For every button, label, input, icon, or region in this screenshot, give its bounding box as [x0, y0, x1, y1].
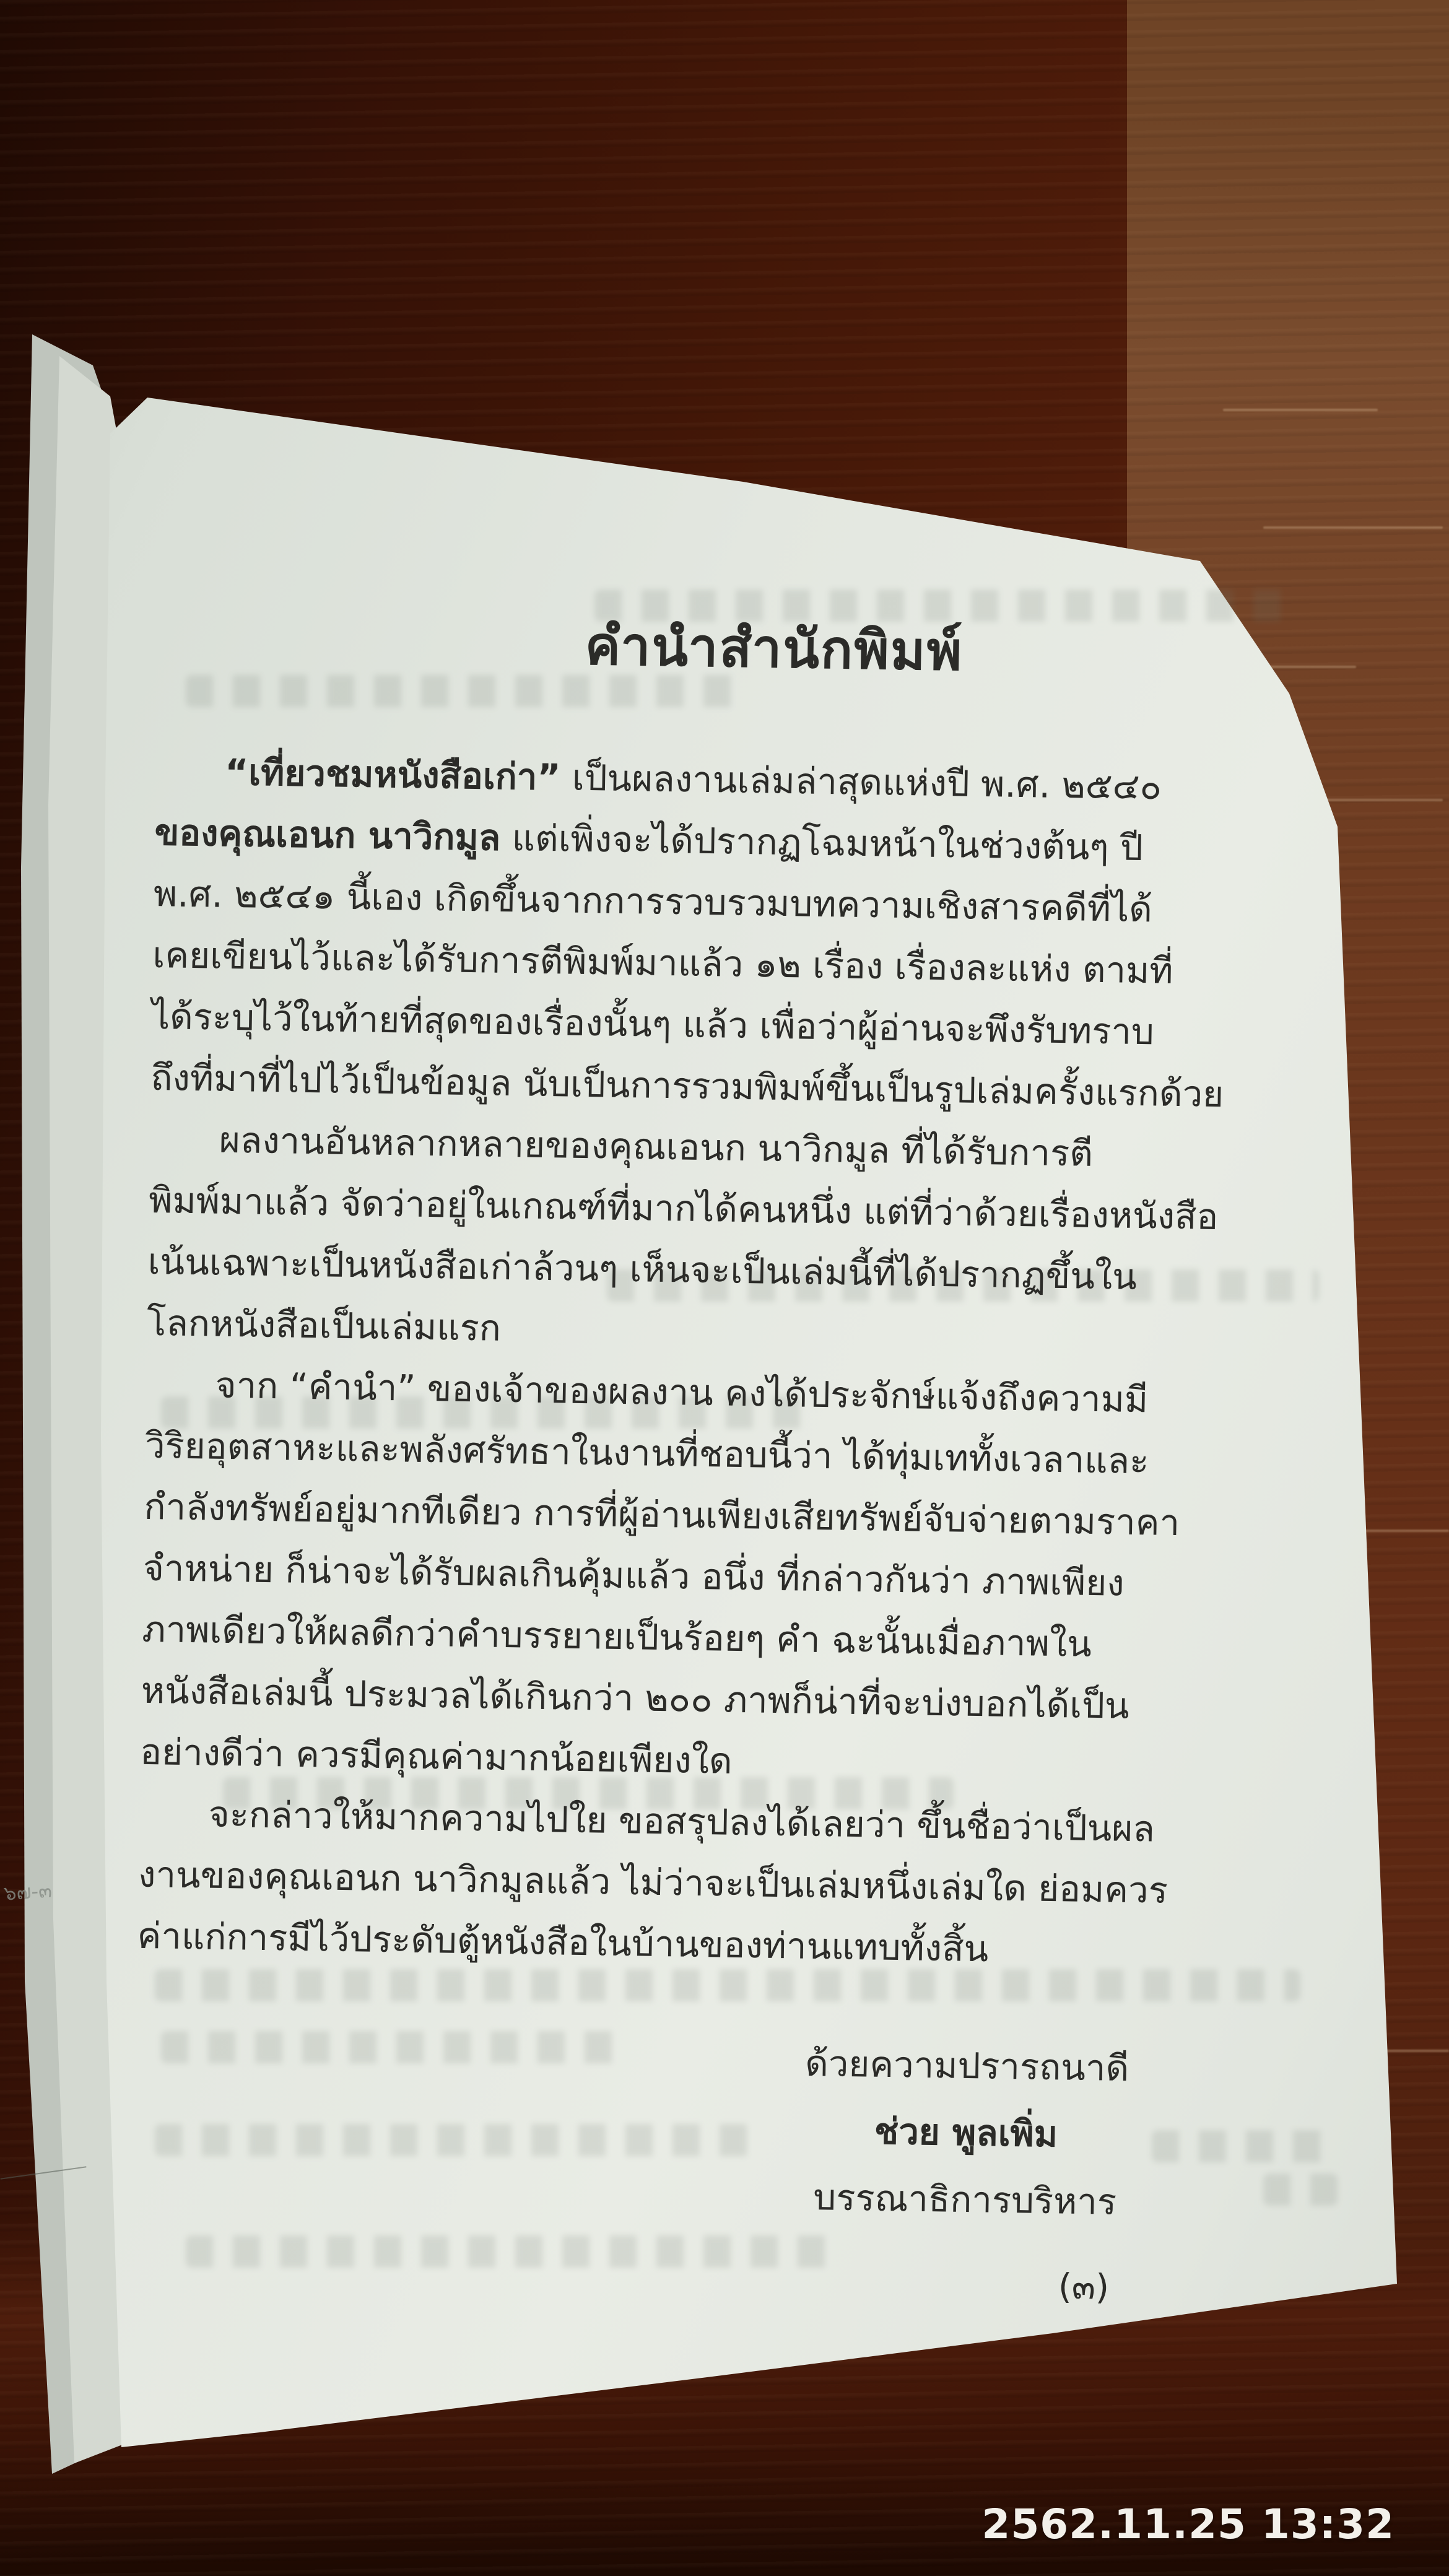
text-segment: พ.ศ. ๒๕๔๑ นี้เอง เกิดขึ้นจากการรวบรวมบทค…: [154, 872, 1153, 930]
text-segment: จำหน่าย ก็น่าจะได้รับผลเกินคุ้มแล้ว อนึ่…: [142, 1547, 1125, 1604]
closing-block: ด้วยความปรารถนาดี ช่วย พูลเพิ่ม บรรณาธิก…: [705, 2028, 1228, 2237]
editor-role: บรรณาธิการบริหาร: [705, 2162, 1226, 2237]
text-segment: เคยเขียนไว้และได้รับการตีพิมพ์มาแล้ว ๑๒ …: [152, 934, 1173, 992]
text-segment: ภาพเดียวให้ผลดีกว่าคำบรรยายเป็นร้อยๆ คำ …: [142, 1608, 1092, 1665]
wood-streak: [1381, 2050, 1449, 2052]
text-segment: วิริยอุตสาหะและพลังศรัทธาในงานที่ชอบนี้ว…: [145, 1424, 1149, 1482]
photo-of-book-page: ๖๗-๓ คำนำสำนักพิมพ์ “เที่ยวชมหนังสือเก่า…: [0, 0, 1449, 2576]
ghost-text-bleedthrough: [186, 2235, 836, 2268]
wood-streak: [1263, 526, 1443, 529]
text-segment: งานของคุณเอนก นาวิกมูลแล้ว ไม่ว่าจะเป็นเ…: [138, 1853, 1168, 1912]
paragraph: “เที่ยวชมหนังสือเก่า” เป็นผลงานเล่มล่าสุ…: [150, 741, 1351, 1127]
camera-timestamp: 2562.11.25 13:32: [981, 2500, 1395, 2548]
ghost-text-bleedthrough: [161, 2031, 632, 2063]
text-segment: แต่เพิ่งจะได้ปรากฏโฉมหน้าในช่วงต้นๆ ปี: [500, 817, 1144, 869]
text-segment: จาก “คำนำ” ของเจ้าของผลงาน คงได้ประจักษ์…: [215, 1364, 1149, 1421]
closing-salutation: ด้วยความปรารถนาดี: [707, 2028, 1228, 2103]
page-title: คำนำสำนักพิมพ์: [259, 598, 1289, 698]
text-segment: หนังสือเล่มนี้ ประมวลได้เกินกว่า ๒๐๐ ภาพ…: [141, 1669, 1129, 1727]
body-text: “เที่ยวชมหนังสือเก่า” เป็นผลงานเล่มล่าสุ…: [137, 741, 1351, 1985]
text-segment: โลกหนังสือเป็นเล่มแรก: [147, 1302, 502, 1349]
ghost-text-bleedthrough: [155, 2124, 749, 2156]
text-segment: กำลังทรัพย์อยู่มากทีเดียว การที่ผู้อ่านเ…: [144, 1486, 1180, 1544]
text-segment: พิมพ์มาแล้ว จัดว่าอยู่ในเกณฑ์ที่มากได้คน…: [149, 1179, 1219, 1238]
editor-name: ช่วย พูลเพิ่ม: [705, 2095, 1227, 2170]
bold-text-segment: “เที่ยวชมหนังสือเก่า”: [225, 751, 561, 799]
text-segment: ผลงานอันหลากหลายของคุณเอนก นาวิกมูล ที่ไ…: [219, 1119, 1093, 1175]
text-segment: อย่างดีว่า ควรมีคุณค่ามากน้อยเพียงใด: [140, 1731, 733, 1782]
text-segment: ถึงที่มาที่ไปไว้เป็นข้อมูล นับเป็นการรวม…: [150, 1056, 1224, 1115]
wood-streak: [1223, 409, 1378, 411]
margin-note: ๖๗-๓: [2, 1874, 53, 1909]
text-segment: จะกล่าวให้มากความไปใย ขอสรุปลงได้เลยว่า …: [208, 1793, 1155, 1850]
paragraph: จะกล่าวให้มากความไปใย ขอสรุปลงได้เลยว่า …: [137, 1783, 1334, 1985]
paragraph: จาก “คำนำ” ของเจ้าของผลงาน คงได้ประจักษ์…: [140, 1354, 1342, 1801]
paragraph: ผลงานอันหลากหลายของคุณเอนก นาวิกมูล ที่ไ…: [146, 1108, 1345, 1372]
text-segment: เน้นเฉพาะเป็นหนังสือเก่าล้วนๆ เห็นจะเป็น…: [147, 1240, 1137, 1298]
bold-text-segment: ของคุณเอนก นาวิกมูล: [154, 811, 501, 859]
wood-streak: [1362, 1529, 1449, 1532]
text-segment: ได้ระบุไว้ในท้ายที่สุดของเรื่องนั้นๆ แล้…: [151, 995, 1154, 1053]
text-segment: เป็นผลงานเล่มล่าสุดแห่งปี พ.ศ. ๒๕๔๐: [560, 756, 1162, 807]
text-segment: ค่าแก่การมีไว้ประดับตู้หนังสือในบ้านของท…: [137, 1915, 989, 1970]
ghost-text-bleedthrough: [1263, 2173, 1338, 2206]
page-number: (๓): [1015, 2258, 1152, 2315]
